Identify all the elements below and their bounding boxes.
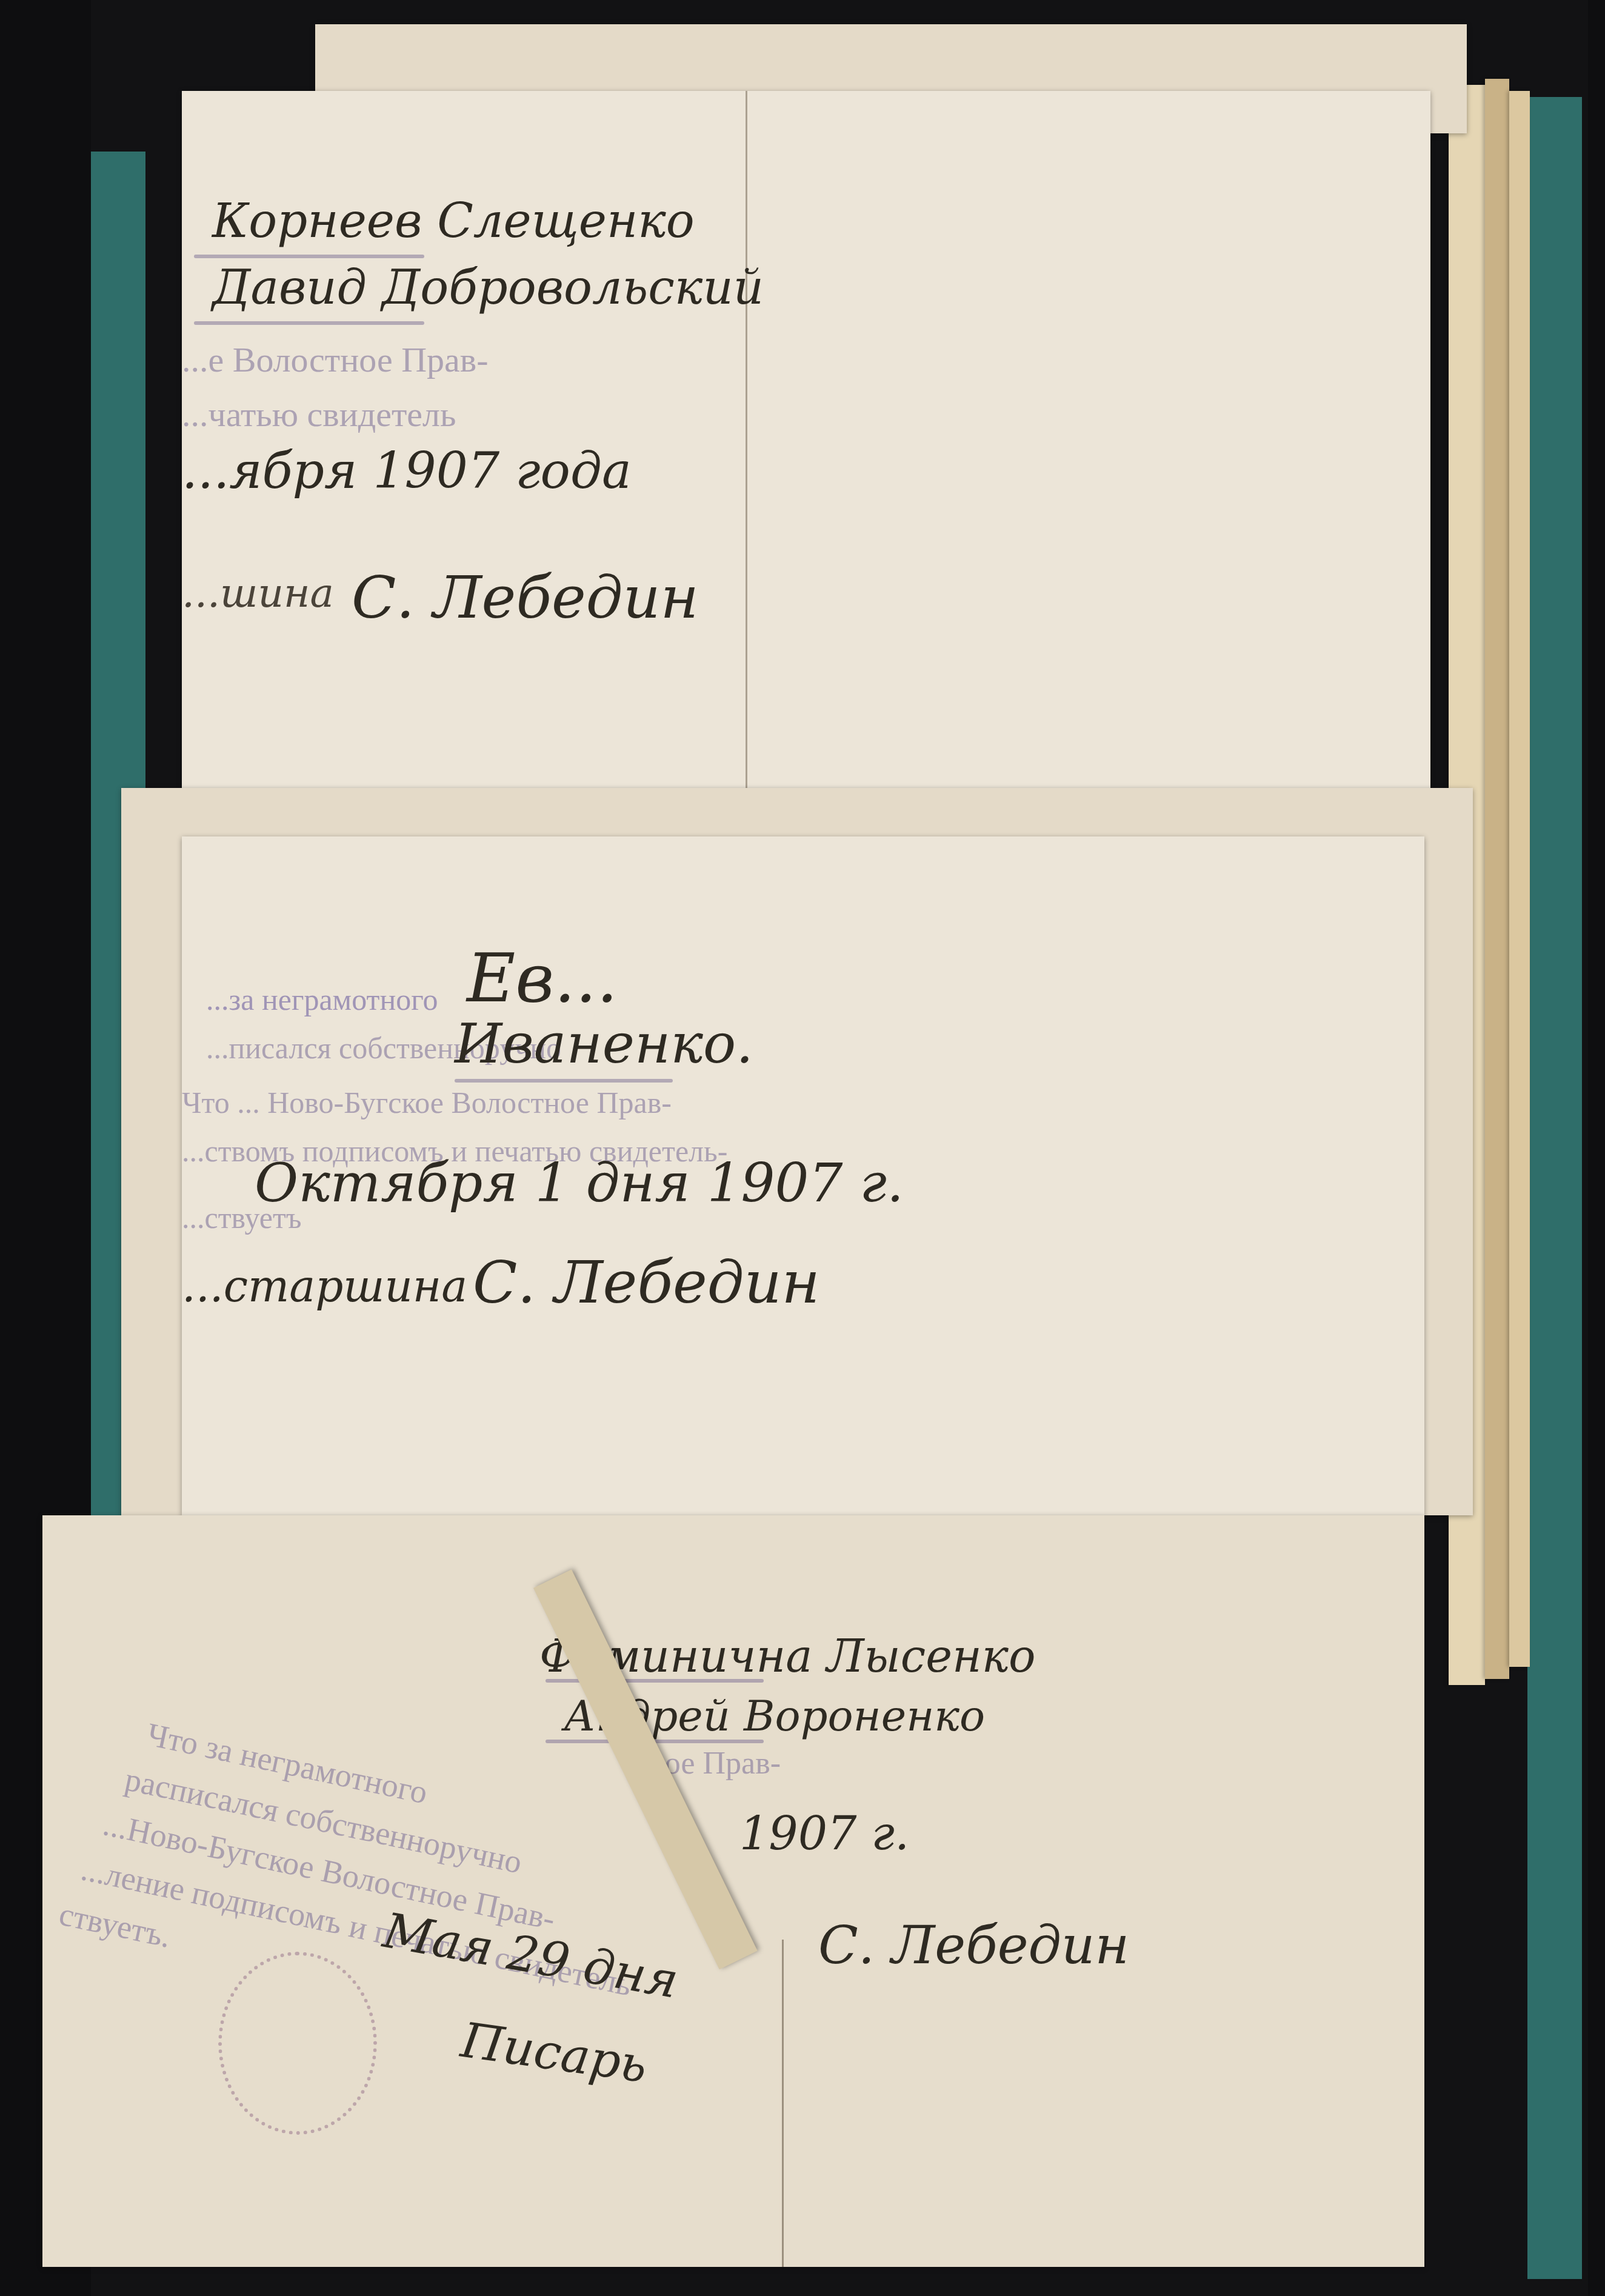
printed-line-1: ...за неграмотного [206,982,438,1017]
stacked-page-edge [1485,79,1509,1679]
signature-title: ...шина [182,570,334,616]
handwritten-name-2: Иваненко. [455,1012,753,1076]
official-seal-stamp [218,1952,377,2135]
printed-line-5: ствуетъ. [56,1895,174,1955]
signature-title: ...старшина [182,1261,467,1312]
folder-right-edge [1527,97,1582,2279]
document-sheet-middle: Ев... ...за неграмотного ...писался собс… [182,836,1424,1515]
paper-crack [746,91,747,788]
violet-underline [194,321,424,325]
paper-crack [782,1940,784,2267]
handwritten-date: Октября 1 дня 1907 г. [255,1152,904,1214]
signature-lebedin: С. Лебедин [818,1915,1129,1976]
violet-underline [194,255,424,258]
printed-line-3: Что ... Ново-Бугское Волостное Прав- [182,1085,672,1120]
printed-line-2: ...чатью свидетель [182,394,456,435]
handwritten-name-2: Давид Добровольский [212,261,764,315]
document-sheet-bottom: Фоминична Лысенко Андрей Вороненко ...но… [42,1515,1424,2267]
clerk-signature: Писарь [458,2012,651,2094]
stacked-page-edge [1509,91,1530,1667]
handwritten-name-1: Корнеев Слещенко [212,194,695,249]
signature-lebedin: С. Лебедин [473,1249,820,1317]
handwritten-name-1: Ев... [467,939,618,1017]
signature-lebedin: С. Лебедин [352,564,699,632]
document-sheet-top: Корнеев Слещенко Давид Добровольский ...… [182,91,1430,788]
handwritten-year: 1907 г. [739,1806,909,1860]
violet-underline [455,1079,673,1083]
printed-line-5: ...ствуетъ [182,1200,302,1235]
printed-line-1: ...е Волостное Прав- [182,339,488,380]
handwritten-date: ...ября 1907 года [182,442,632,500]
